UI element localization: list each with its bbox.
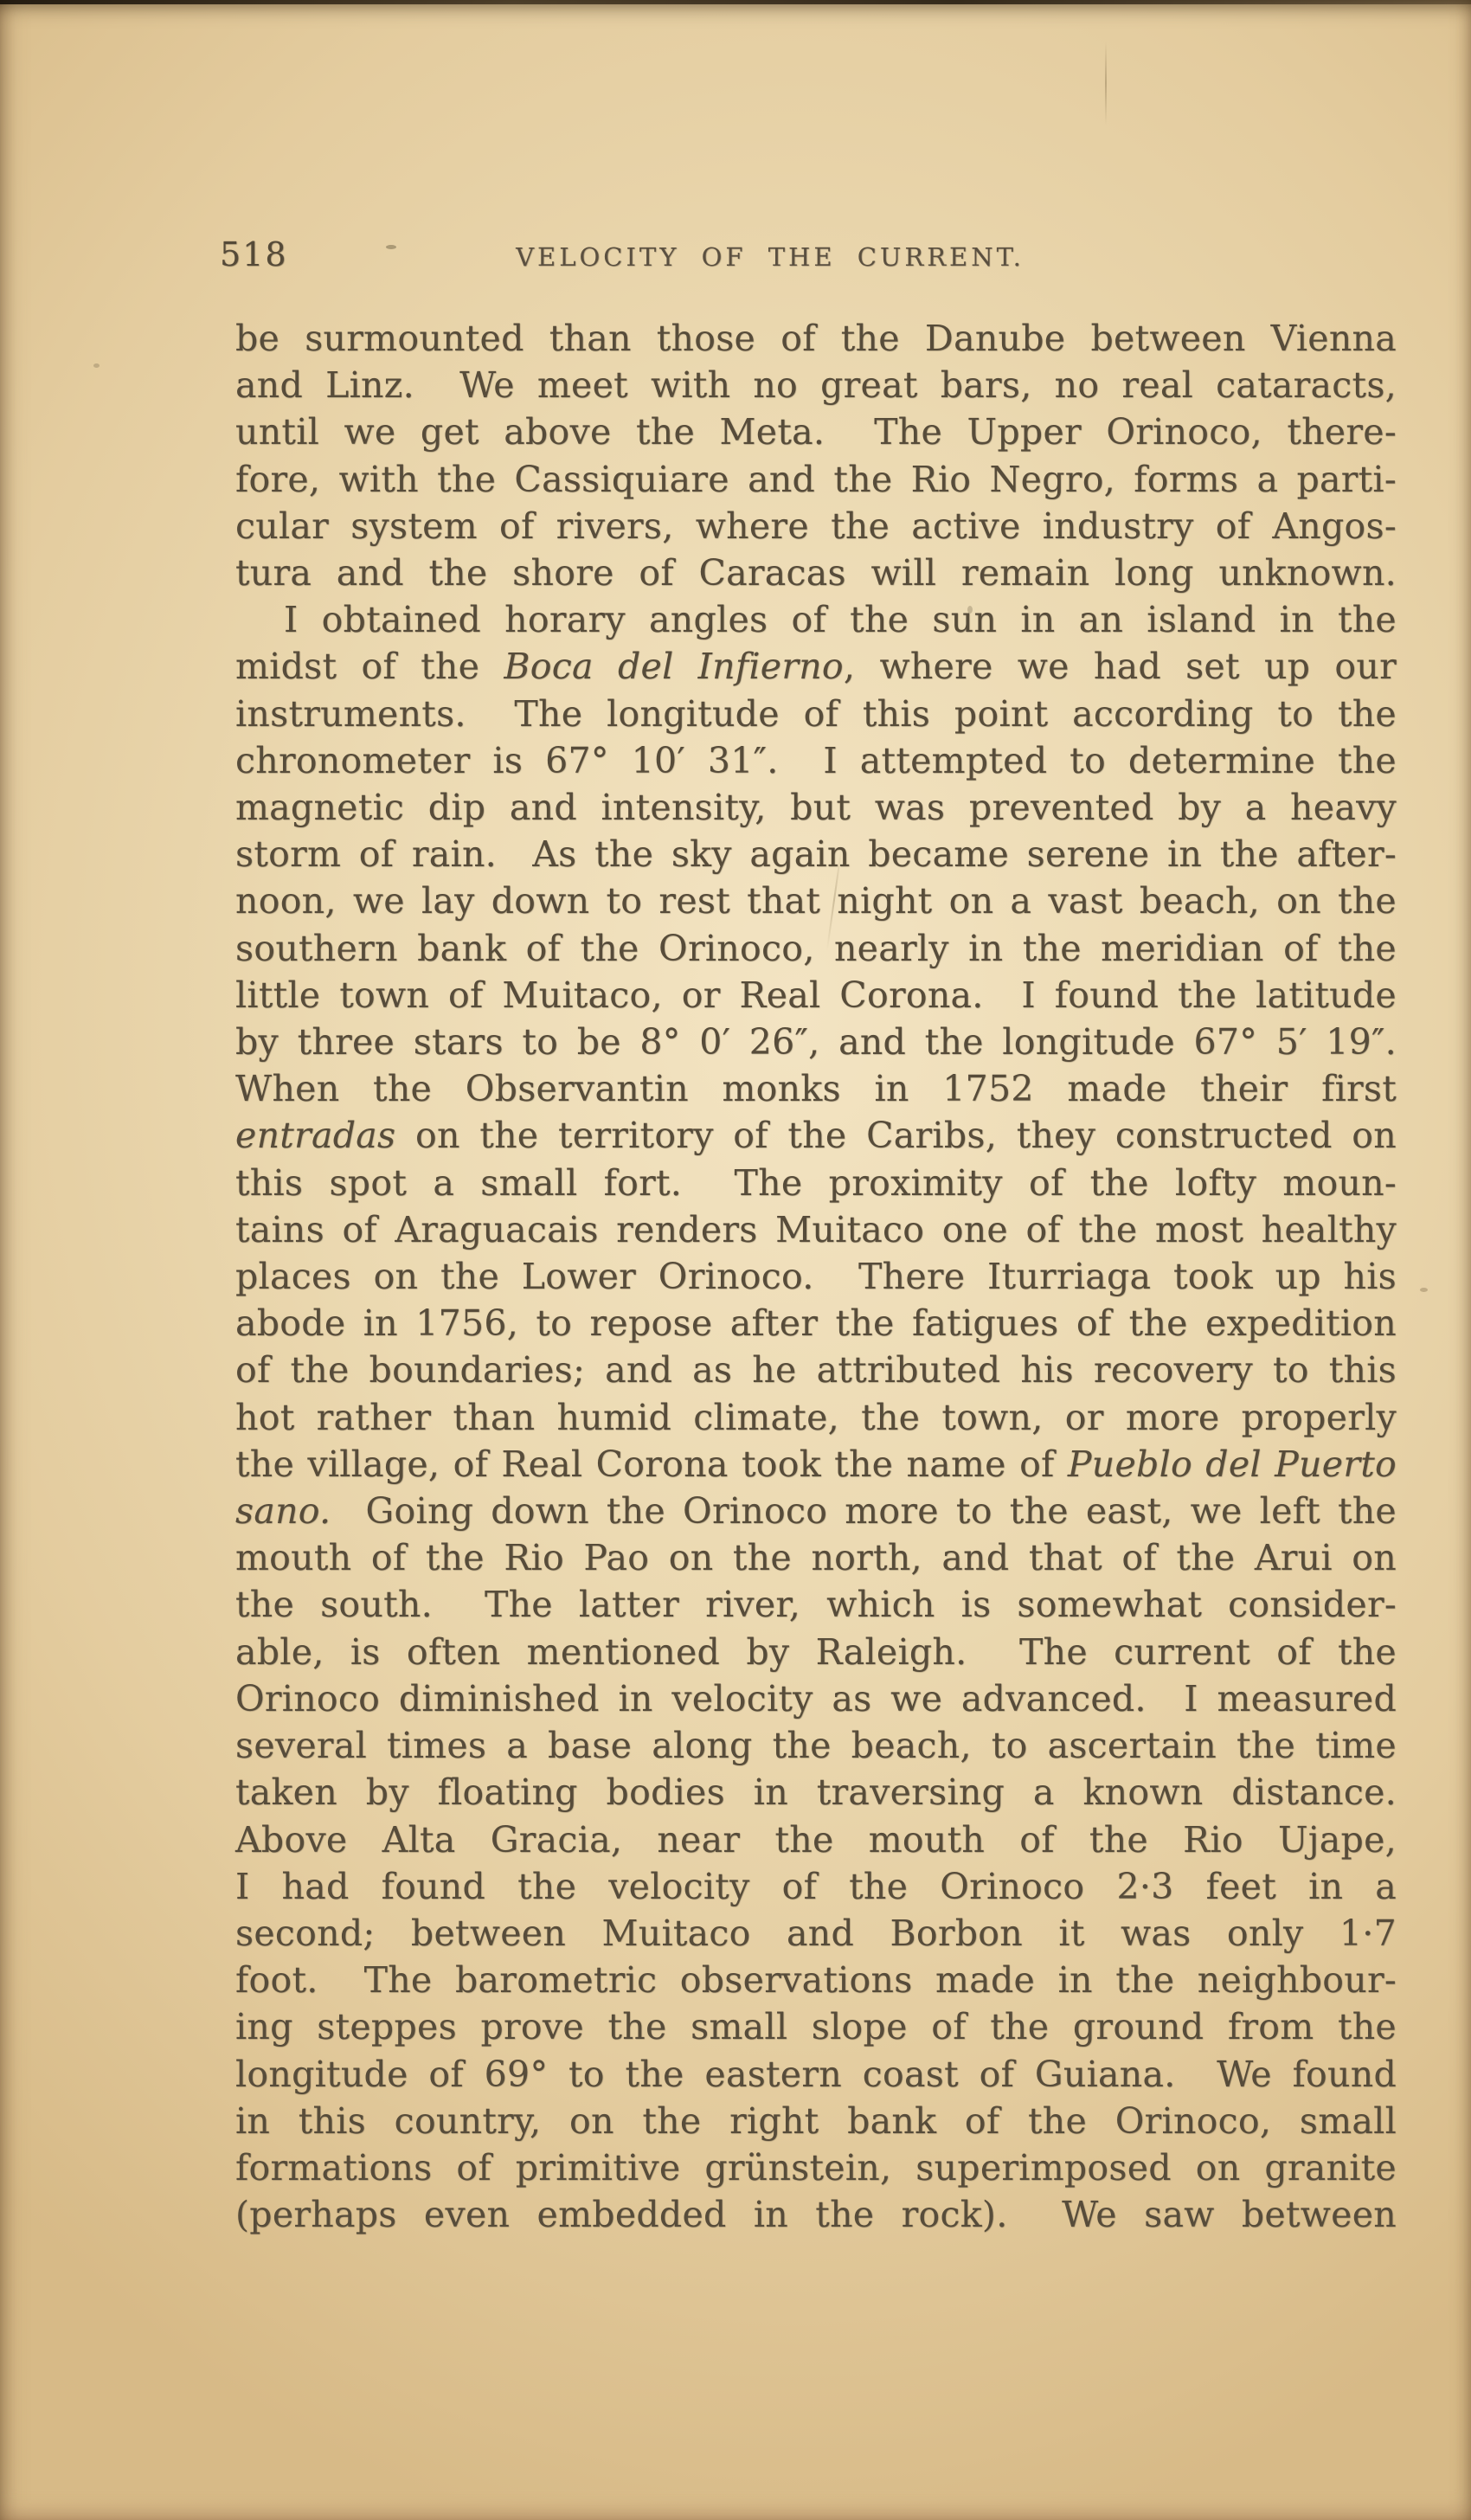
text-line: storm of rain. As the sky again became s… — [235, 831, 1397, 877]
text-line: the south. The latter river, which is so… — [235, 1581, 1397, 1628]
text-line: I had found the velocity of the Orinoco … — [235, 1863, 1397, 1910]
text-line: the village, of Real Corona took the nam… — [235, 1441, 1397, 1488]
text-line: little town of Muitaco, or Real Corona. … — [235, 972, 1397, 1019]
text-line: be surmounted than those of the Danube b… — [235, 315, 1397, 362]
text-line: hot rather than humid climate, the town,… — [235, 1394, 1397, 1441]
text-line: sano. Going down the Orinoco more to the… — [235, 1488, 1397, 1534]
scan-scratch — [1105, 42, 1107, 125]
scan-edge-top — [0, 0, 1471, 4]
text-line: several times a base along the beach, to… — [235, 1722, 1397, 1769]
text-line: (perhaps even embedded in the rock). We … — [235, 2191, 1397, 2238]
text-line: entradas on the territory of the Caribs,… — [235, 1112, 1397, 1159]
page-number: 518 — [220, 235, 288, 273]
scan-speck — [386, 245, 396, 249]
text-line: chronometer is 67° 10′ 31″. I attempted … — [235, 737, 1397, 784]
text-line: Above Alta Gracia, near the mouth of the… — [235, 1816, 1397, 1863]
book-page: 518 VELOCITY OF THE CURRENT. be surmount… — [0, 0, 1471, 2520]
text-block: be surmounted than those of the Danube b… — [235, 315, 1397, 2238]
text-line: Orinoco diminished in velocity as we adv… — [235, 1675, 1397, 1722]
text-line: tura and the shore of Caracas will remai… — [235, 550, 1397, 596]
text-line: ing steppes prove the small slope of the… — [235, 2003, 1397, 2050]
text-line: I obtained horary angles of the sun in a… — [235, 596, 1397, 643]
text-line: and Linz. We meet with no great bars, no… — [235, 362, 1397, 408]
text-line: able, is often mentioned by Raleigh. The… — [235, 1629, 1397, 1675]
text-line: tains of Araguacais renders Muitaco one … — [235, 1206, 1397, 1253]
text-line: cular system of rivers, where the active… — [235, 503, 1397, 550]
text-line: foot. The barometric observations made i… — [235, 1957, 1397, 2003]
text-line: until we get above the Meta. The Upper O… — [235, 408, 1397, 455]
text-line: When the Observantin monks in 1752 made … — [235, 1065, 1397, 1112]
scan-speck — [93, 363, 100, 368]
text-line: instruments. The longitude of this point… — [235, 691, 1397, 737]
text-line: longitude of 69° to the eastern coast of… — [235, 2051, 1397, 2098]
text-line: abode in 1756, to repose after the fatig… — [235, 1300, 1397, 1347]
text-line: places on the Lower Orinoco. There Iturr… — [235, 1253, 1397, 1300]
text-line: in this country, on the right bank of th… — [235, 2098, 1397, 2144]
text-line: fore, with the Cassiquiare and the Rio N… — [235, 456, 1397, 503]
text-line: this spot a small fort. The proximity of… — [235, 1160, 1397, 1206]
running-header: VELOCITY OF THE CURRENT. — [485, 242, 1056, 272]
text-line: by three stars to be 8° 0′ 26″, and the … — [235, 1019, 1397, 1065]
text-line: midst of the Boca del Infierno, where we… — [235, 643, 1397, 690]
text-line: of the boundaries; and as he attributed … — [235, 1347, 1397, 1393]
text-line: formations of primitive grünstein, super… — [235, 2144, 1397, 2191]
text-line: second; between Muitaco and Borbon it wa… — [235, 1910, 1397, 1957]
text-line: noon, we lay down to rest that night on … — [235, 877, 1397, 924]
text-line: taken by floating bodies in traversing a… — [235, 1769, 1397, 1816]
text-line: magnetic dip and intensity, but was prev… — [235, 784, 1397, 831]
text-line: southern bank of the Orinoco, nearly in … — [235, 925, 1397, 972]
scan-speck — [1420, 1288, 1428, 1292]
text-line: mouth of the Rio Pao on the north, and t… — [235, 1534, 1397, 1581]
